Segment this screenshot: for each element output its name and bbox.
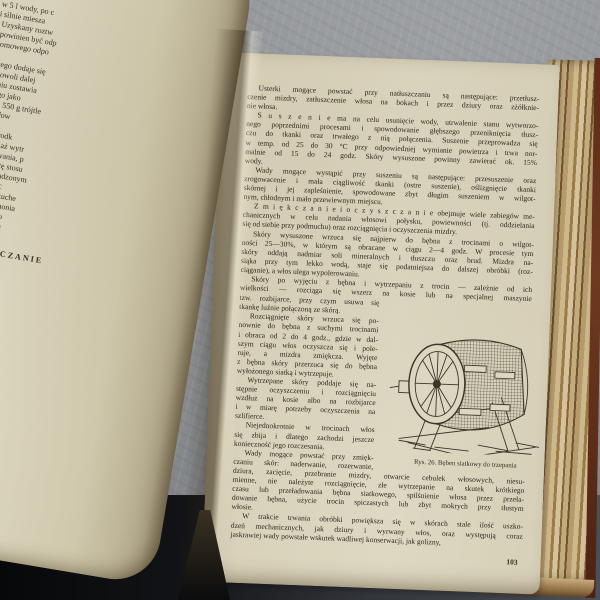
book-photo: { "photo": { "description": "Photograph … [0,0,600,600]
page-number: 103 [230,546,522,566]
wrapped-text-column: tzw. rozbijarce, przy czym usuwa siętkan… [233,293,380,471]
right-page-top-paragraphs: Usterki mogące powstać przy natłuszczani… [240,83,540,303]
figure-block: Rys. 26. Bęben siatkowy do trzepania [373,298,558,477]
left-page-text: ałunu chromowego rozpuszcza się na gorąc… [0,0,211,500]
right-page-bottom-paragraphs: dziura, zacięcie, przebranie mizdry, otw… [230,466,525,550]
right-page: Usterki mogące powstać przy natłuszczani… [202,52,560,595]
figure-wrap-section: tzw. rozbijarce, przy czym usuwa siętkan… [233,293,531,477]
drum-illustration [380,305,557,457]
figure-caption: Rys. 26. Bęben siatkowy do trzepania [379,458,551,472]
right-page-text: Usterki mogące powstać przy natłuszczani… [230,83,540,567]
